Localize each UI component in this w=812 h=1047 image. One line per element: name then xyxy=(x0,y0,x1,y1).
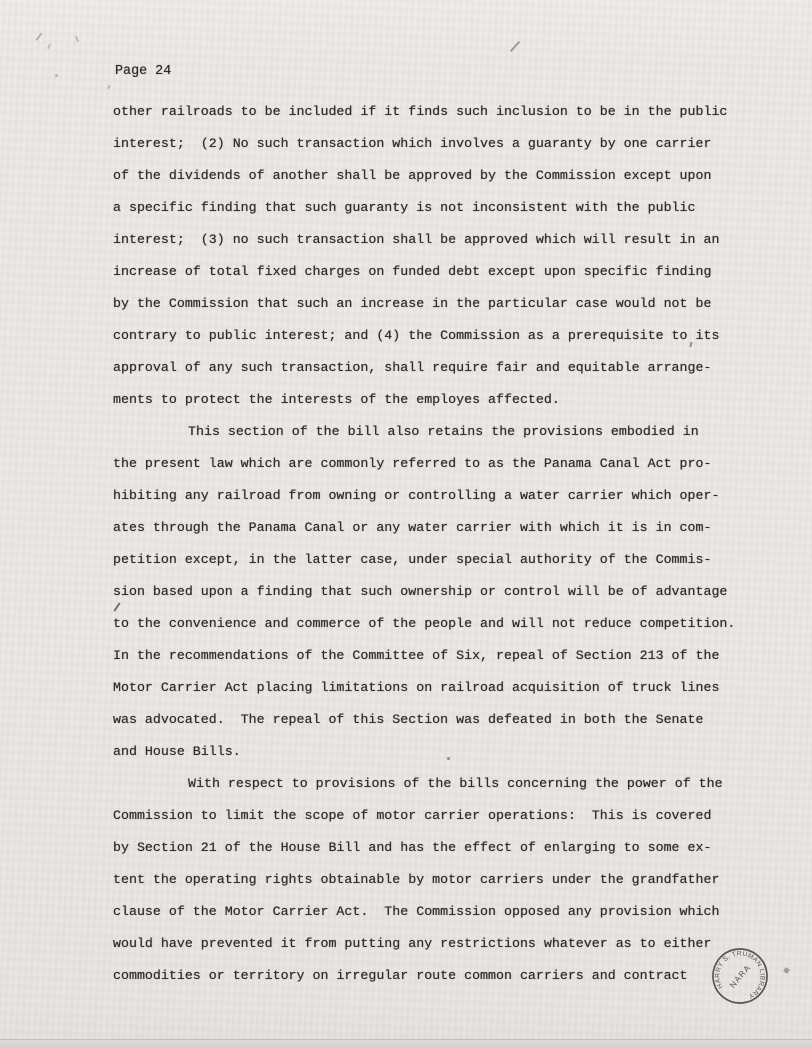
text-line: sion based upon a finding that such owne… xyxy=(113,576,773,608)
text-line: ates through the Panama Canal or any wat… xyxy=(113,512,773,544)
text-line: ments to protect the interests of the em… xyxy=(113,384,773,416)
stamp-center-text: NARA xyxy=(728,963,753,990)
pencil-speck xyxy=(55,74,58,77)
text-line: approval of any such transaction, shall … xyxy=(113,352,773,384)
text-line: Commission to limit the scope of motor c… xyxy=(113,800,773,832)
text-line: a specific finding that such guaranty is… xyxy=(113,192,773,224)
text-line: other railroads to be included if it fin… xyxy=(113,96,773,128)
text-line: increase of total fixed charges on funde… xyxy=(113,256,773,288)
text-line: In the recommendations of the Committee … xyxy=(113,640,773,672)
text-line: the present law which are commonly refer… xyxy=(113,448,773,480)
text-line: commodities or territory on irregular ro… xyxy=(113,960,773,992)
scanned-document-page: Page 24 other railroads to be included i… xyxy=(0,0,812,1047)
text-line: With respect to provisions of the bills … xyxy=(113,768,773,800)
text-line: by the Commission that such an increase … xyxy=(113,288,773,320)
text-line: would have prevented it from putting any… xyxy=(113,928,773,960)
text-line: interest; (3) no such transaction shall … xyxy=(113,224,773,256)
ink-speck xyxy=(783,967,790,974)
text-line: petition except, in the latter case, und… xyxy=(113,544,773,576)
text-line: and House Bills. xyxy=(113,736,773,768)
text-line: by Section 21 of the House Bill and has … xyxy=(113,832,773,864)
pencil-speck xyxy=(107,85,111,89)
text-line: of the dividends of another shall be app… xyxy=(113,160,773,192)
truman-library-stamp: HARRY S. TRUMAN LIBRARY NARA xyxy=(700,936,779,1015)
text-line: to the convenience and commerce of the p… xyxy=(113,608,773,640)
text-line: contrary to public interest; and (4) the… xyxy=(113,320,773,352)
text-line: was advocated. The repeal of this Sectio… xyxy=(113,704,773,736)
pencil-mark xyxy=(35,32,42,40)
page-number-label: Page 24 xyxy=(115,64,171,79)
pencil-mark xyxy=(47,44,50,49)
text-line: tent the operating rights obtainable by … xyxy=(113,864,773,896)
pencil-mark xyxy=(75,36,78,42)
text-line: clause of the Motor Carrier Act. The Com… xyxy=(113,896,773,928)
paper-bottom-edge xyxy=(0,1040,812,1047)
text-line: interest; (2) No such transaction which … xyxy=(113,128,773,160)
text-line: This section of the bill also retains th… xyxy=(113,416,773,448)
typed-text-body: other railroads to be included if it fin… xyxy=(113,96,773,992)
pencil-check-mark xyxy=(510,41,520,52)
text-line: Motor Carrier Act placing limitations on… xyxy=(113,672,773,704)
text-line: hibiting any railroad from owning or con… xyxy=(113,480,773,512)
